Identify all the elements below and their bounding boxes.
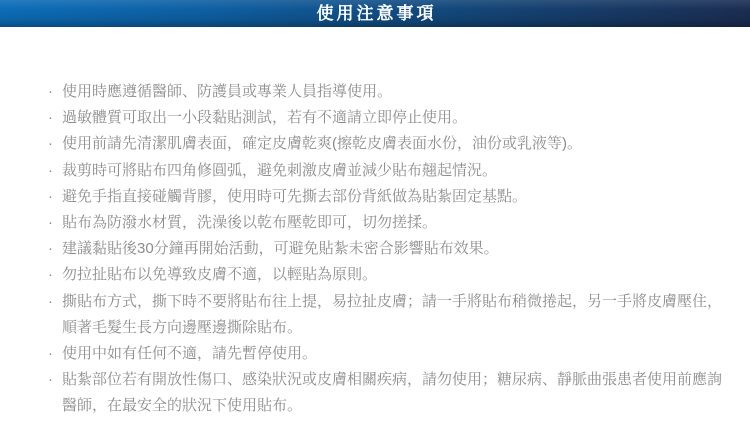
note-text: 貼紮部位若有開放性傷口、感染狀況或皮膚相關疾病，請勿使用；糖尿病、靜脈曲張患者使… [62,371,722,414]
header-bar: 使用注意事項 [0,0,750,27]
note-text: 貼布為防潑水材質，洗澡後以乾布壓乾即可，切勿搓揉。 [62,214,437,231]
notes-list: · 使用時應遵循醫師、防護員或專業人員指導使用。 · 過敏體質可取出一小段黏貼測… [0,79,750,420]
note-item: · 使用前請先清潔肌膚表面，確定皮膚乾爽(擦乾皮膚表面水份，油份或乳液等)。 [47,131,725,157]
bullet-icon: · [48,289,53,315]
note-text: 過敏體質可取出一小段黏貼測試，若有不適請立即停止使用。 [62,109,467,126]
page-title: 使用注意事項 [314,0,437,27]
bullet-icon: · [48,105,53,131]
usage-notes-page: 使用注意事項 · 使用時應遵循醫師、防護員或專業人員指導使用。 · 過敏體質可取… [0,0,750,446]
note-item: · 貼布為防潑水材質，洗澡後以乾布壓乾即可，切勿搓揉。 [47,210,725,236]
note-text: 裁剪時可將貼布四角修圓弧，避免刺激皮膚並減少貼布翹起情況。 [62,162,497,179]
note-item: · 裁剪時可將貼布四角修圓弧，避免刺激皮膚並減少貼布翹起情況。 [47,158,725,184]
note-text: 建議黏貼後30分鐘再開始活動，可避免貼紮未密合影響貼布效果。 [62,240,499,257]
bullet-icon: · [48,184,53,210]
note-item: · 撕貼布方式，撕下時不要將貼布往上提，易拉扯皮膚；請一手將貼布稍微捲起，另一手… [47,289,725,341]
bullet-icon: · [48,367,53,393]
note-text: 避免手指直接碰觸背膠，使用時可先撕去部份背紙做為貼紮固定基點。 [62,188,527,205]
note-item: · 使用時應遵循醫師、防護員或專業人員指導使用。 [47,79,725,105]
bullet-icon: · [48,79,53,105]
note-text: 使用時應遵循醫師、防護員或專業人員指導使用。 [62,83,392,100]
bullet-icon: · [48,341,53,367]
note-text: 使用前請先清潔肌膚表面，確定皮膚乾爽(擦乾皮膚表面水份，油份或乳液等)。 [62,135,582,152]
note-text: 勿拉扯貼布以免導致皮膚不適，以輕貼為原則。 [62,266,377,283]
note-text: 撕貼布方式，撕下時不要將貼布往上提，易拉扯皮膚；請一手將貼布稍微捲起，另一手將皮… [62,293,722,336]
bullet-icon: · [48,236,53,262]
note-text: 使用中如有任何不適，請先暫停使用。 [62,345,317,362]
bullet-icon: · [48,210,53,236]
bullet-icon: · [48,131,53,157]
note-item: · 建議黏貼後30分鐘再開始活動，可避免貼紮未密合影響貼布效果。 [47,236,725,262]
note-item: · 過敏體質可取出一小段黏貼測試，若有不適請立即停止使用。 [47,105,725,131]
bullet-icon: · [48,262,53,288]
bullet-icon: · [48,158,53,184]
note-item: · 貼紮部位若有開放性傷口、感染狀況或皮膚相關疾病，請勿使用；糖尿病、靜脈曲張患… [47,367,725,419]
note-item: · 勿拉扯貼布以免導致皮膚不適，以輕貼為原則。 [47,262,725,288]
note-item: · 使用中如有任何不適，請先暫停使用。 [47,341,725,367]
note-item: · 避免手指直接碰觸背膠，使用時可先撕去部份背紙做為貼紮固定基點。 [47,184,725,210]
